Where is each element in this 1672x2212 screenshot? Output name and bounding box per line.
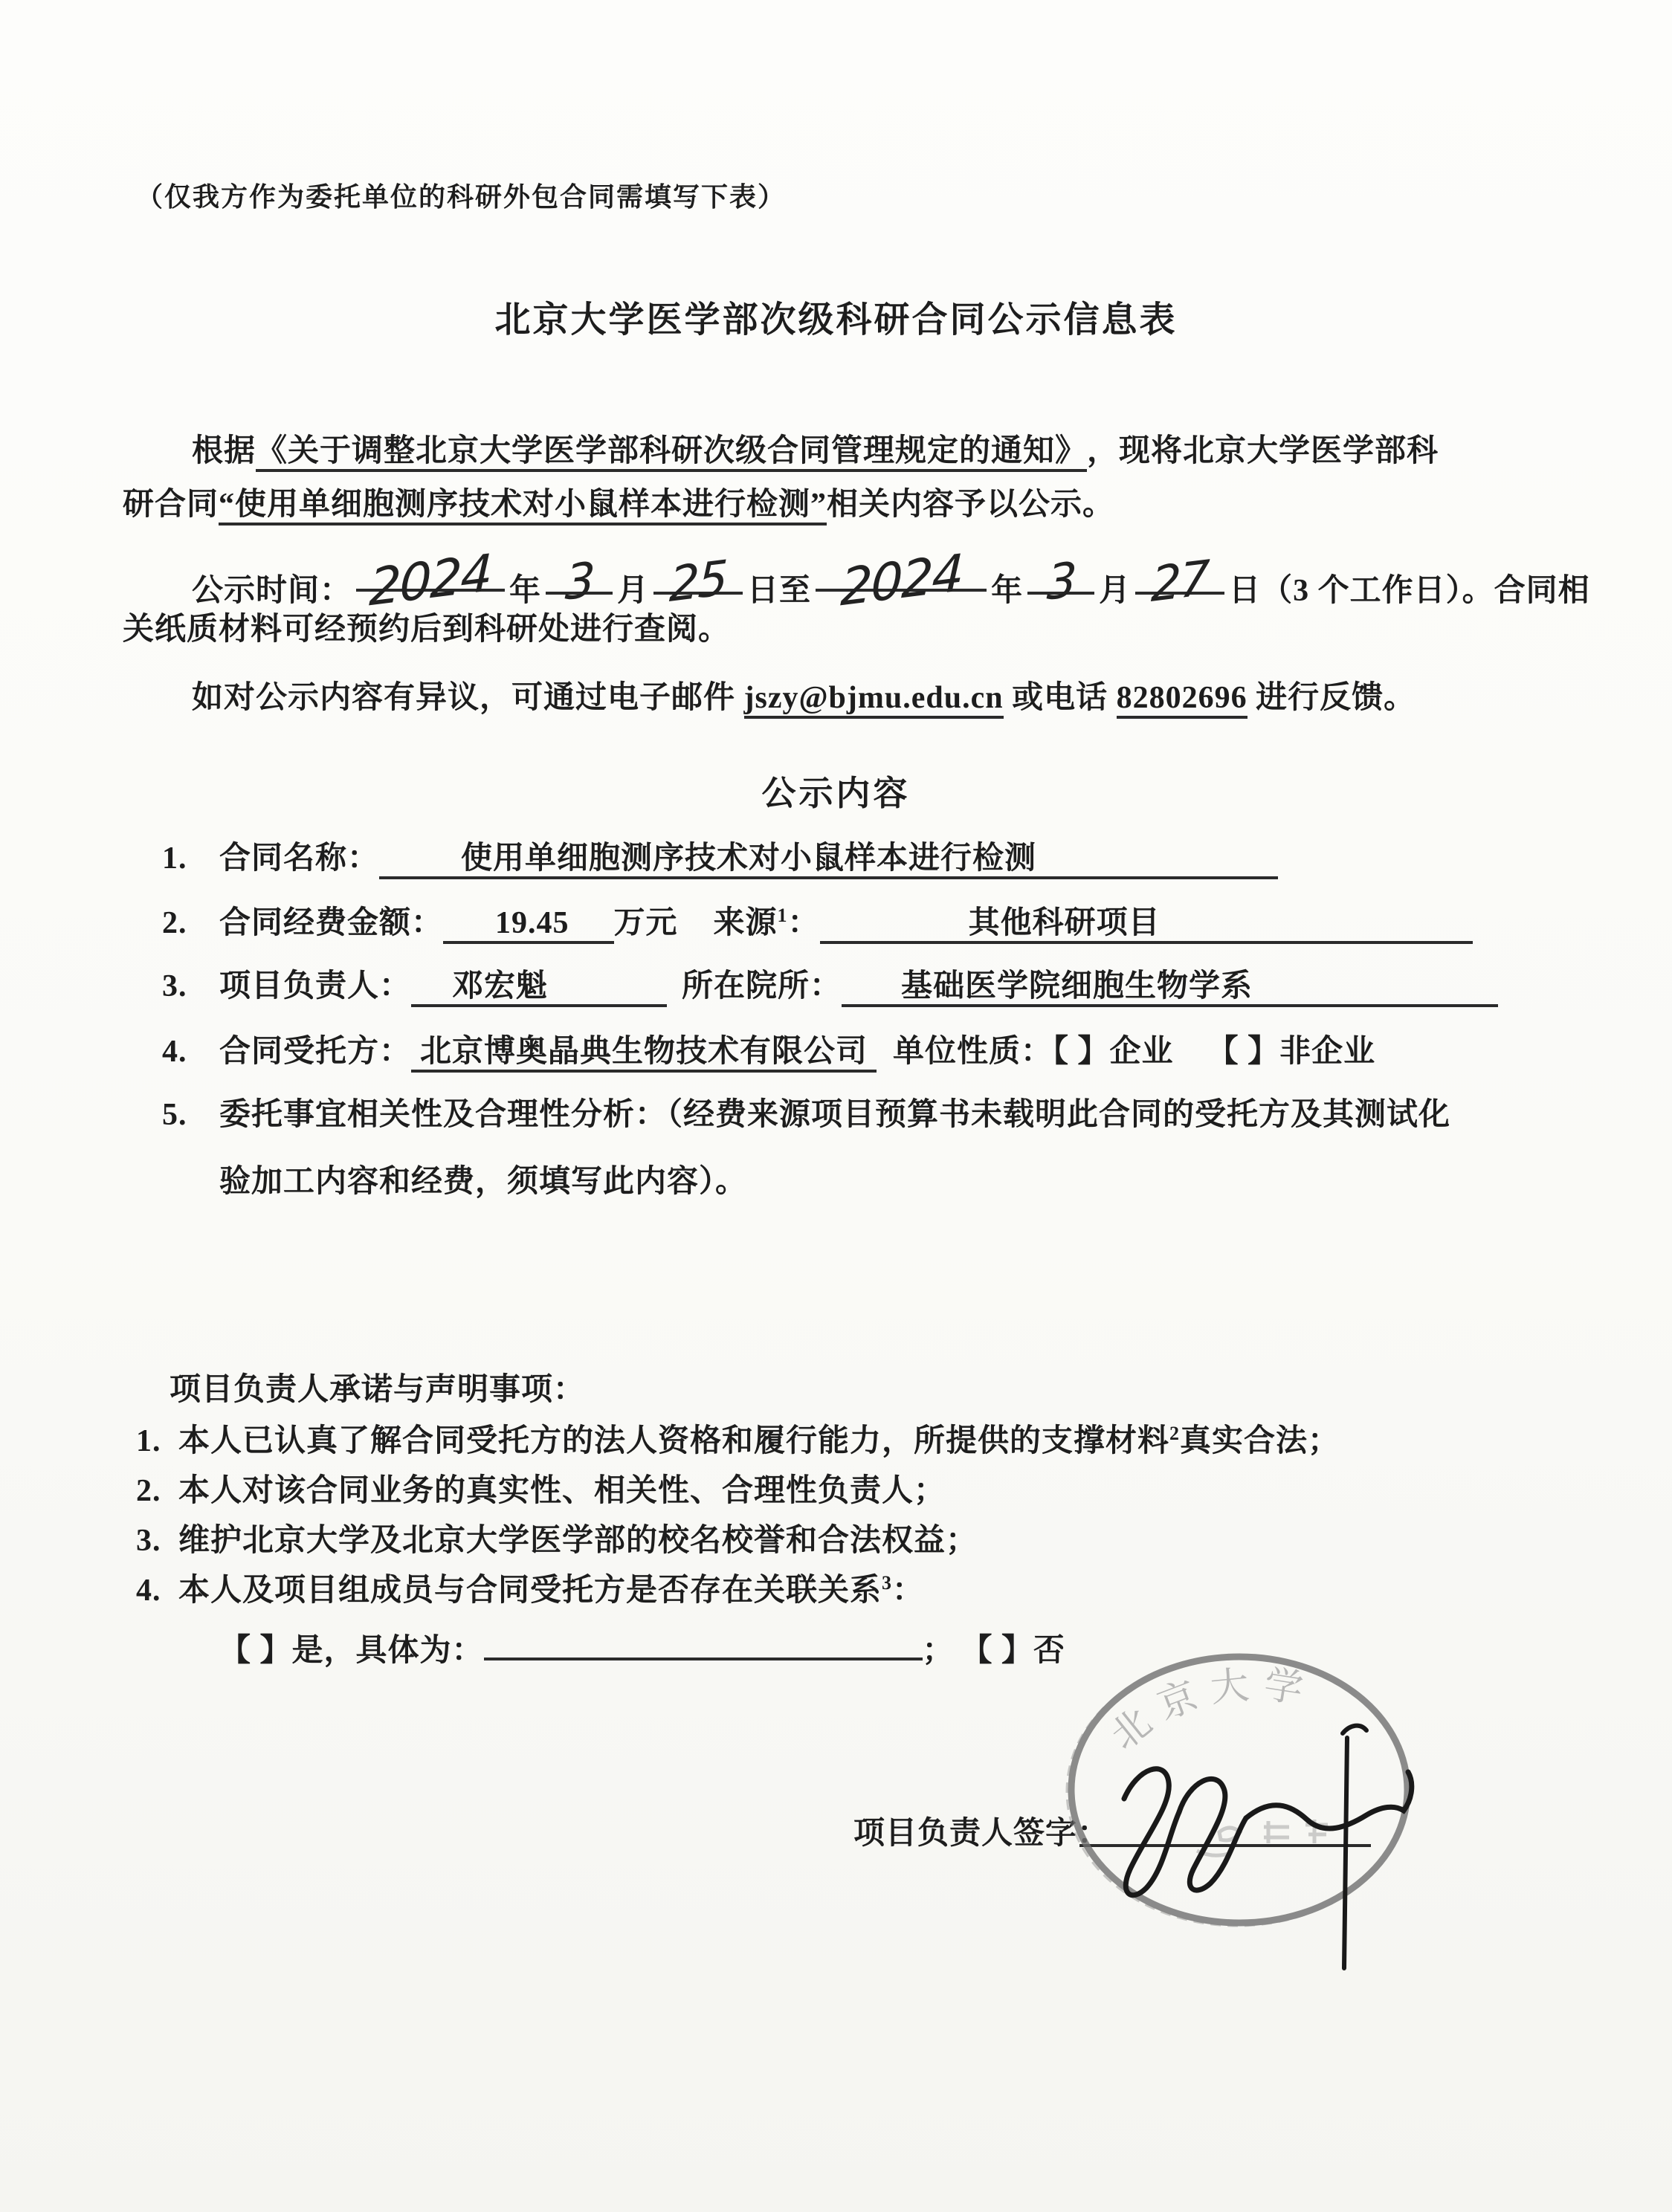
item-5-number: 5. [162,1095,219,1136]
declaration-2-number: 2. [136,1471,178,1512]
section-title: 公示内容 [0,772,1672,816]
relation-detail-blank [484,1620,923,1660]
feedback-post: 进行反馈。 [1247,681,1416,715]
declaration-heading: 项目负责人承诺与声明事项： [170,1370,585,1411]
intro-line2-pre: 研合同 [123,488,219,522]
item-1-label: 合同名称： [219,841,379,876]
intro-lead: 根据 [192,434,256,468]
handwritten-start-month: 3 [564,549,594,615]
publicity-line-2: 关纸质材料可经预约后到科研处进行查阅。 [123,609,730,650]
end-month-blank: 3 [1027,554,1094,595]
declaration-3-number: 3. [136,1521,178,1562]
declaration-1-tail: 真实合法； [1180,1424,1340,1458]
contract-name: 使用单细胞测序技术对小鼠样本进行检测 [235,488,810,522]
declaration-item-4: 4.本人及项目组成员与合同受托方是否存在关联关系3： [136,1571,924,1611]
publicity-label: 公示时间： [192,574,352,608]
handwritten-end-day: 27 [1150,548,1210,618]
end-day-blank: 27 [1135,554,1224,595]
item-4-label: 合同受托方： [219,1035,411,1069]
intro-line-2: 研合同“使用单细胞测序技术对小鼠样本进行检测”相关内容予以公示。 [123,485,1114,525]
item-2-amount-underlined: 19.45 [443,905,614,944]
declaration-item-1: 1.本人已认真了解合同受托方的法人资格和履行能力，所提供的支撑材料2真实合法； [136,1421,1340,1462]
relation-line: 【 】是，具体为：；【 】否 [219,1620,1065,1672]
item-4-nature-label: 单位性质： [893,1035,1053,1069]
item-3-dept-underlined: 基础医学院细胞生物学系 [842,968,1498,1007]
item-3-leader-underlined: 邓宏魁 [411,968,667,1007]
intro-mid: ，现将北京大学医学部科 [1087,434,1439,468]
item-5-label: 委托事宜相关性及合理性分析： [219,1098,667,1132]
document-title: 北京大学医学部次级科研合同公示信息表 [0,297,1672,343]
checkbox-yes: 【 】是，具体为： [219,1634,484,1668]
stamp-arc-text-wrap: 北京大学 [1103,1663,1317,1759]
feedback-email: jszy@bjmu.edu.cn [744,680,1004,719]
year-char-1: 年 [509,574,541,608]
item-3-number: 3. [162,966,219,1007]
stamp-arc-text: 北京大学 [1103,1663,1317,1759]
item-project-leader: 3.项目负责人：邓宏魁所在院所：基础医学院细胞生物学系 [162,966,1498,1007]
item-2-source-colon: ： [788,906,820,940]
start-day-blank: 25 [653,554,743,595]
item-1-number: 1. [162,838,219,879]
scanned-form-page: （仅我方作为委托单位的科研外包合同需填写下表） 北京大学医学部次级科研合同公示信… [0,0,1672,2212]
item-contract-name: 1.合同名称：使用单细胞测序技术对小鼠样本进行检测 [162,838,1278,879]
relation-separator: ； [923,1634,955,1668]
form-scope-note: （仅我方作为委托单位的科研外包合同需填写下表） [136,180,786,215]
declaration-item-3: 3.维护北京大学及北京大学医学部的校名校誉和合法权益； [136,1521,978,1562]
item-4-number: 4. [162,1032,219,1073]
declaration-4-tail: ： [892,1574,924,1608]
item-3-dept-label: 所在院所： [682,969,842,1003]
checkbox-noncompany: 【 】非企业 [1207,1035,1376,1069]
declaration-4-number: 4. [136,1571,178,1611]
item-2-unit: 万元 [614,906,678,940]
item-contract-amount: 2.合同经费金额：19.45万元来源1：其他科研项目 [162,903,1473,944]
intro-line-1: 根据《关于调整北京大学医学部科研次级合同管理规定的通知》，现将北京大学医学部科 [192,431,1439,472]
feedback-mid: 或电话 [1004,681,1117,715]
handwritten-signature [1124,1726,1412,1968]
quote-open: “ [219,488,235,522]
handwritten-start-day: 25 [668,548,728,618]
item-2-source-underlined: 其他科研项目 [820,905,1473,944]
quote-close: ” [810,488,827,522]
declaration-1-number: 1. [136,1421,178,1462]
declaration-1-text: 本人已认真了解合同受托方的法人资格和履行能力，所提供的支撑材料 [178,1424,1169,1458]
item-2-number: 2. [162,903,219,944]
feedback-line: 如对公示内容有异议，可通过电子邮件 jszy@bjmu.edu.cn 或电话 8… [192,678,1416,719]
intro-line2-post: 相关内容予以公示。 [827,488,1114,522]
footnote-3-marker: 3 [882,1572,892,1594]
day-char-2: 日 [1229,574,1261,608]
item-1-value-underlined: 使用单细胞测序技术对小鼠样本进行检测 [379,841,1278,879]
feedback-phone: 82802696 [1117,680,1247,719]
footnote-1-marker: 1 [778,905,788,926]
item-analysis-line-2: 验加工内容和经费，须填写此内容）。 [219,1162,747,1203]
item-contractor: 4.合同受托方：北京博奥晶典生物技术有限公司单位性质：【 】企业【 】非企业 [162,1032,1375,1073]
item-4-company-underlined: 北京博奥晶典生物技术有限公司 [411,1034,877,1073]
publicity-time-line: 公示时间：2024年3月25日至2024年3月27日（3 个工作日）。合同相 [192,552,1590,612]
declaration-2-text: 本人对该合同业务的真实性、相关性、合理性负责人； [178,1474,946,1508]
handwritten-end-month: 3 [1045,549,1076,615]
checkbox-company: 【 】企业 [1053,1035,1174,1069]
stamp-and-signature: 北京大学 [1026,1628,1517,2074]
item-2-label: 合同经费金额： [219,906,443,940]
university-stamp-icon: 北京大学 [1067,1657,1407,1926]
start-year-blank: 2024 [356,552,505,592]
item-2-source-label: 来源 [714,906,778,940]
feedback-pre: 如对公示内容有异议，可通过电子邮件 [192,681,744,715]
footnote-2-marker: 2 [1169,1423,1180,1444]
item-analysis-line-1: 5.委托事宜相关性及合理性分析：（经费来源项目预算书未载明此合同的受托方及其测试… [162,1095,1450,1136]
declaration-item-2: 2.本人对该合同业务的真实性、相关性、合理性负责人； [136,1471,946,1512]
year-char-2: 年 [991,574,1023,608]
item-5-value-line1: （经费来源项目预算书未载明此合同的受托方及其测试化 [667,1098,1450,1132]
item-3-label: 项目负责人： [219,969,411,1003]
start-month-blank: 3 [546,554,613,595]
publicity-tail: （3 个工作日）。合同相 [1261,574,1590,608]
contract-name-underlined: “使用单细胞测序技术对小鼠样本进行检测” [219,487,827,525]
end-year-blank: 2024 [816,552,987,592]
month-char-2: 月 [1099,574,1131,608]
month-char-1: 月 [617,574,649,608]
to-char: 日至 [747,574,811,608]
handwritten-end-year: 2024 [839,540,964,622]
regulation-title-underlined: 《关于调整北京大学医学部科研次级合同管理规定的通知》 [256,433,1087,472]
declaration-4-text: 本人及项目组成员与合同受托方是否存在关联关系 [178,1574,882,1608]
declaration-3-text: 维护北京大学及北京大学医学部的校名校誉和合法权益； [178,1524,978,1558]
